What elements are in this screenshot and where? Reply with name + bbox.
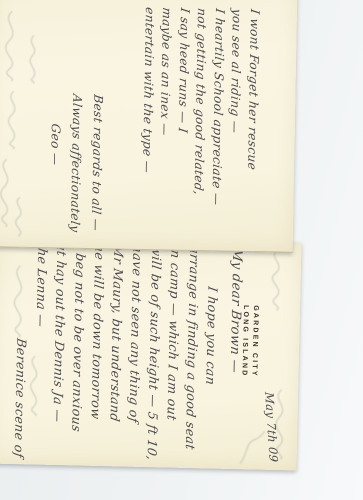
signature: Geo — xyxy=(43,122,66,240)
letter-greeting: My dear Brown — xyxy=(227,247,245,374)
letter-body-page2: I wont Forget her rescue you see al ridi… xyxy=(43,4,263,241)
handwritten-line: I wont Forget her rescue xyxy=(241,8,263,243)
letter-date: May 7th 09 xyxy=(262,392,281,463)
letter-page1-sheet: GARDEN CITY LONG ISLAND May 7th 09 My de… xyxy=(0,236,302,471)
handwritten-line: I hope you can xyxy=(199,285,222,467)
closing-regards: Best regards to all — xyxy=(85,93,109,241)
letter-page2-sheet: I wont Forget her rescue you see al ridi… xyxy=(0,0,297,253)
closing-valediction: Always affectionately xyxy=(64,93,88,241)
letter-body-page1: I hope you can arrange in finding a good… xyxy=(10,241,224,465)
handwritten-line: Berenice scene of xyxy=(10,337,32,463)
scanned-letters: GARDEN CITY LONG ISLAND May 7th 09 My de… xyxy=(0,0,363,500)
letter-closing: Best regards to all — Always affectionat… xyxy=(43,92,109,238)
letterhead-city-line: GARDEN CITY xyxy=(249,303,260,379)
